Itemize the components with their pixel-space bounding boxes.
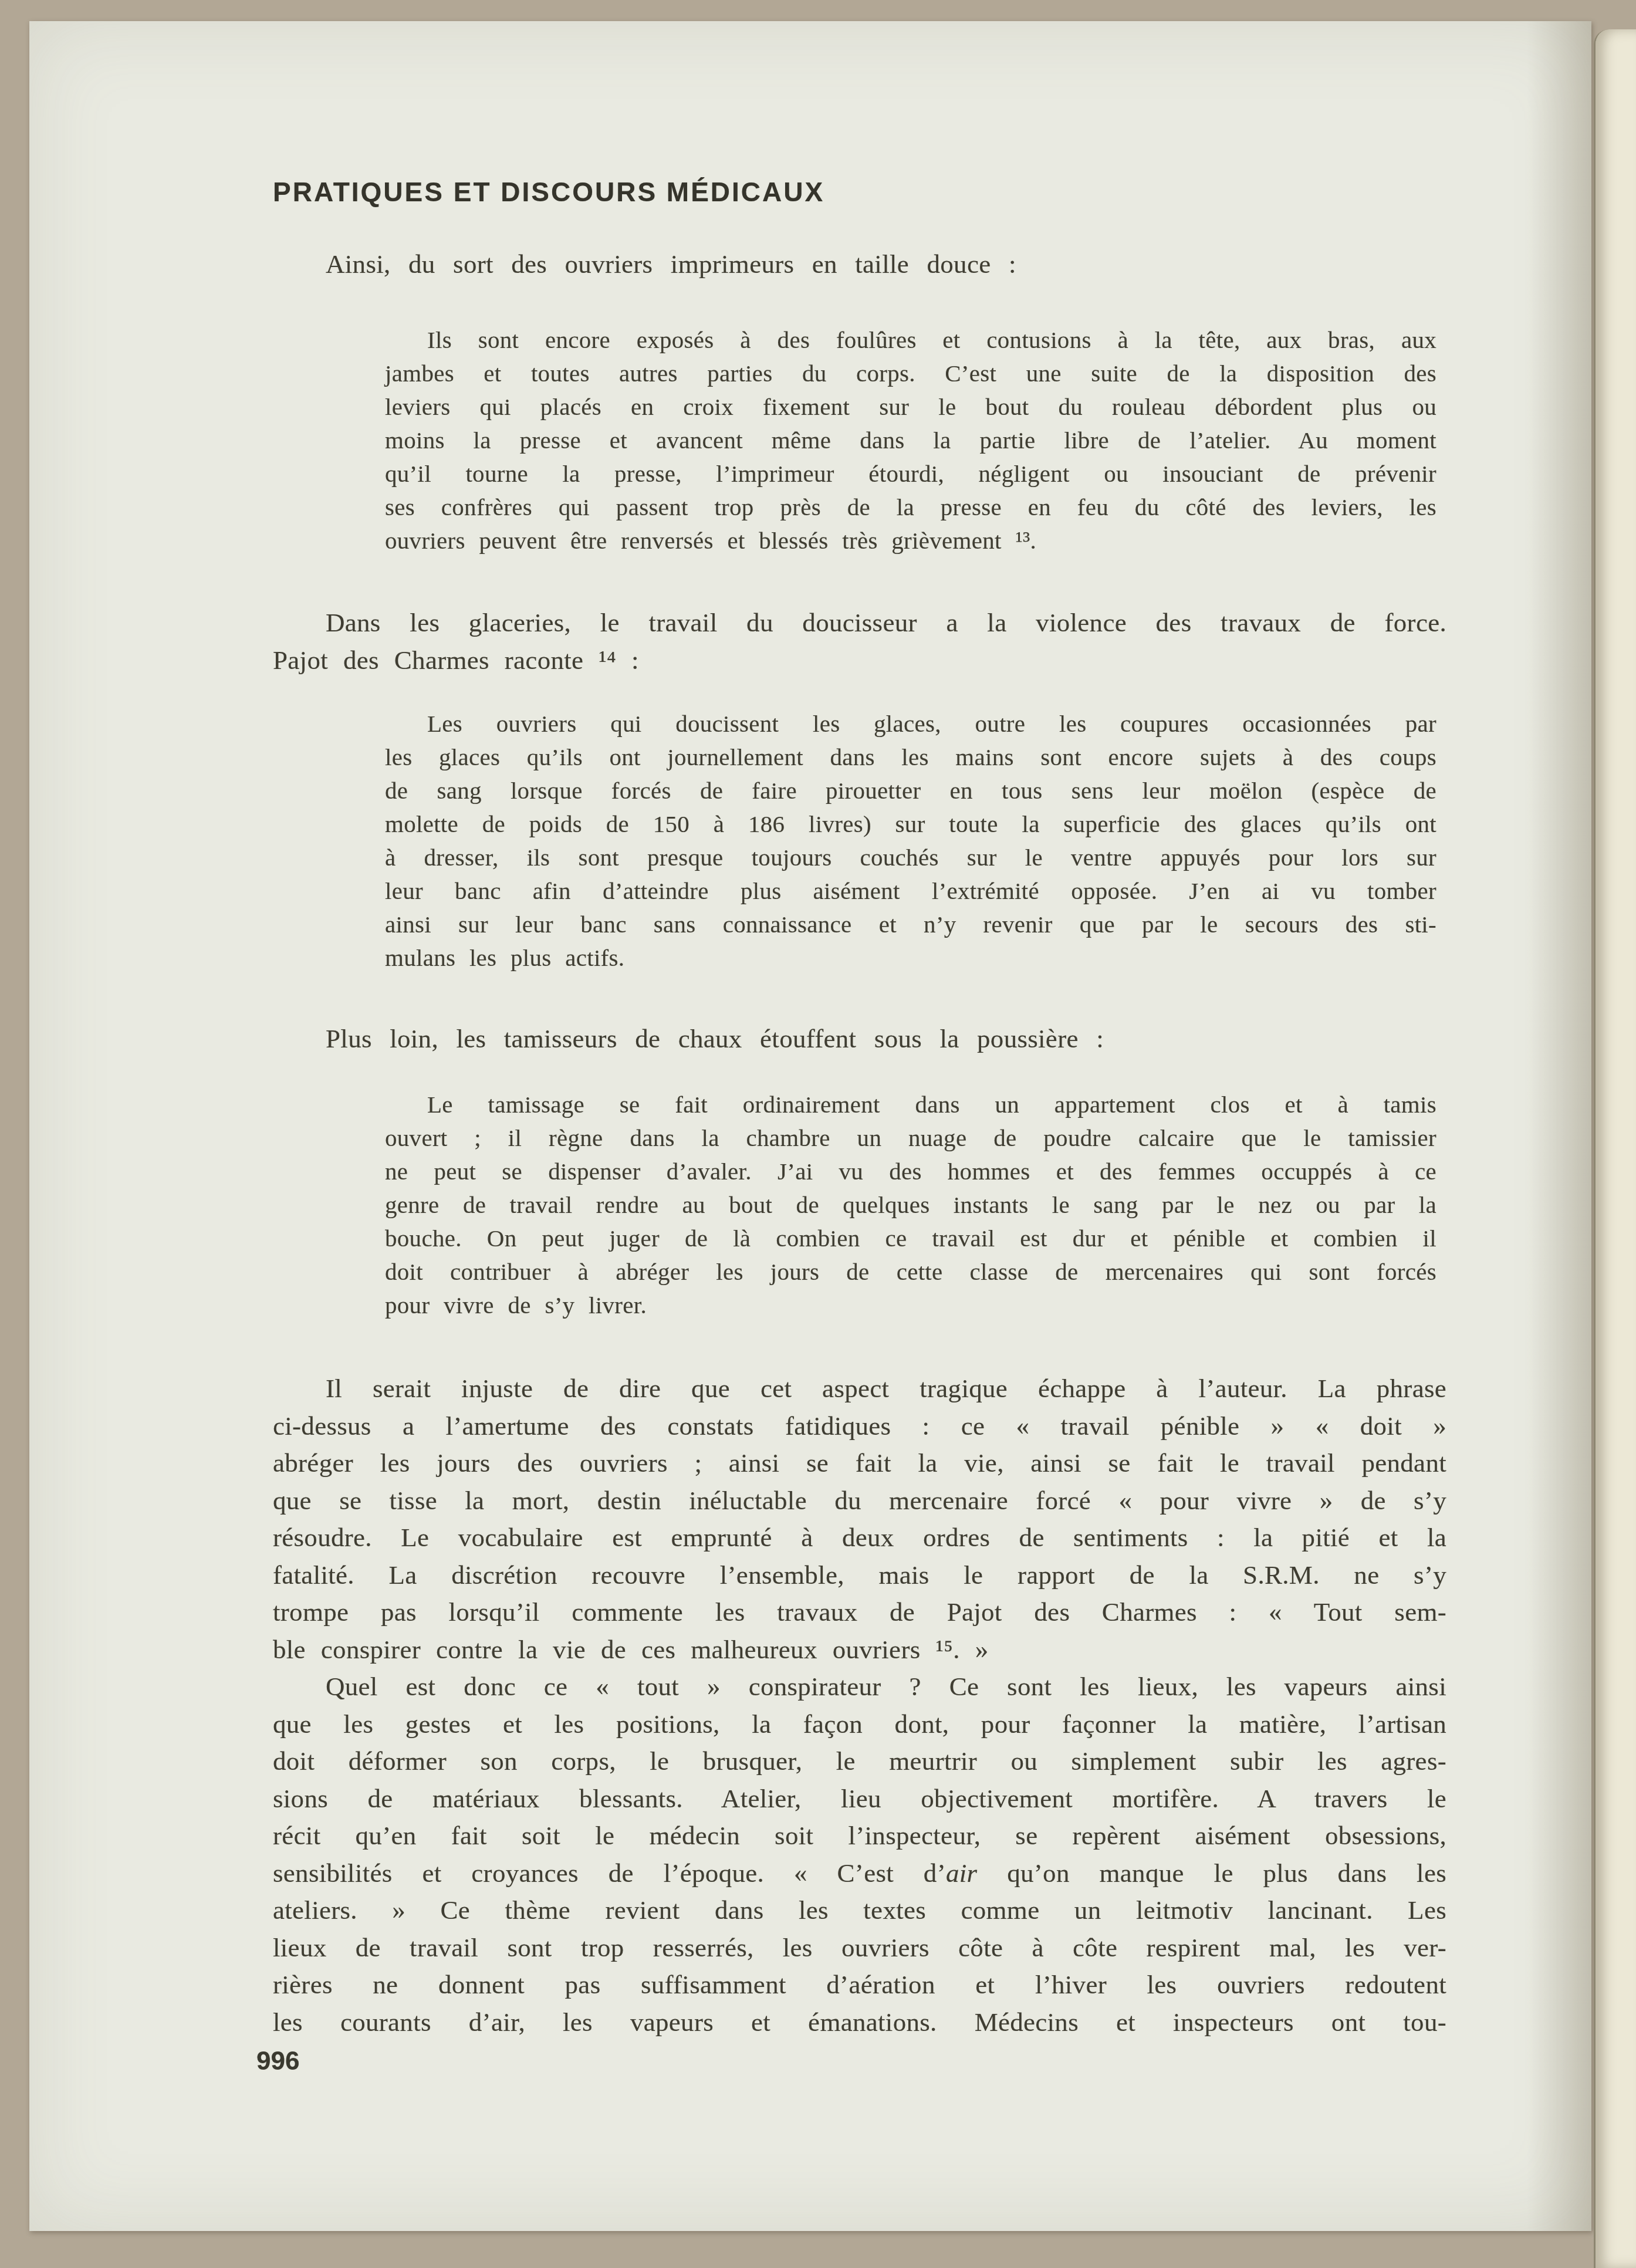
text-line: récit qu’en fait soit le médecin soit l’…: [273, 1817, 1446, 1855]
page-number: 996: [256, 2047, 299, 2076]
text-line: leviers qui placés en croix fixement sur…: [385, 390, 1436, 424]
text-line: que se tisse la mort, destin inéluctable…: [273, 1482, 1446, 1520]
text-line: doit déformer son corps, le brusquer, le…: [273, 1743, 1446, 1780]
paragraph-commentary-2: Quel est donc ce « tout » conspirateur ?…: [273, 1668, 1446, 2041]
text-line: résoudre. Le vocabulaire est emprunté à …: [273, 1519, 1446, 1557]
text-line: Les ouvriers qui doucissent les glaces, …: [385, 707, 1436, 741]
paragraph-glaceries: Dans les glaceries, le travail du doucis…: [273, 604, 1446, 679]
text-line: Le tamissage se fait ordinairement dans …: [385, 1088, 1436, 1121]
paragraph-intro-tamisseurs: Plus loin, les tamisseurs de chaux étouf…: [273, 1020, 1446, 1058]
text-line: ses confrères qui passent trop près de l…: [385, 491, 1436, 524]
text-line: Il serait injuste de dire que cet aspect…: [273, 1370, 1446, 1408]
gutter-shadow: [1527, 21, 1591, 2231]
text-line: que les gestes et les positions, la faço…: [273, 1706, 1446, 1743]
text-line: pour vivre de s’y livrer.: [385, 1289, 1436, 1322]
text-line: doit contribuer à abréger les jours de c…: [385, 1255, 1436, 1289]
text-line: Pajot des Charmes raconte ¹⁴ :: [273, 642, 1446, 680]
text-line: ouvert ; il règne dans la chambre un nua…: [385, 1121, 1436, 1155]
running-head: PRATIQUES ET DISCOURS MÉDICAUX: [273, 176, 824, 208]
text-line-with-italic: sensibilités et croyances de l’époque. «…: [273, 1855, 1446, 1892]
text-line: ne peut se dispenser d’avaler. J’ai vu d…: [385, 1155, 1436, 1188]
scanned-book-photo: { "page": { "header": "PRATIQUES ET DISC…: [0, 0, 1636, 2268]
paragraph-commentary-1: Il serait injuste de dire que cet aspect…: [273, 1370, 1446, 1668]
next-page-edge: [1594, 29, 1636, 2268]
text-line: jambes et toutes autres parties du corps…: [385, 357, 1436, 390]
text-line: lieux de travail sont trop resserrés, le…: [273, 1929, 1446, 1967]
text-line: sions de matériaux blessants. Atelier, l…: [273, 1780, 1446, 1818]
text-line: ouvriers peuvent être renversés et bless…: [385, 524, 1436, 557]
text-line: leur banc afin d’atteindre plus aisément…: [385, 874, 1436, 908]
blockquote-tamissage: Le tamissage se fait ordinairement dans …: [385, 1088, 1436, 1322]
italic-word-air: air: [946, 1858, 977, 1888]
line-suffix: qu’on manque le plus dans les: [977, 1858, 1446, 1888]
text-line: ci-dessus a l’amertume des constats fati…: [273, 1408, 1446, 1445]
text-line: ble conspirer contre la vie de ces malhe…: [273, 1631, 1446, 1669]
text-line: à dresser, ils sont presque toujours cou…: [385, 841, 1436, 874]
text-line: moins la presse et avancent même dans la…: [385, 424, 1436, 457]
text-line: Dans les glaceries, le travail du doucis…: [273, 604, 1446, 642]
line-prefix: sensibilités et croyances de l’époque. «…: [273, 1858, 946, 1888]
text-line: trompe pas lorsqu’il commente les travau…: [273, 1594, 1446, 1631]
text-line: genre de travail rendre au bout de quelq…: [385, 1188, 1436, 1222]
text-line: ateliers. » Ce thème revient dans les te…: [273, 1892, 1446, 1929]
text-line: de sang lorsque forcés de faire pirouett…: [385, 774, 1436, 807]
text-line: molette de poids de 150 à 186 livres) su…: [385, 807, 1436, 841]
text-line: abréger les jours des ouvriers ; ainsi s…: [273, 1445, 1446, 1482]
text-line: mulans les plus actifs.: [385, 941, 1436, 975]
paragraph-intro-taille-douce: Ainsi, du sort des ouvriers imprimeurs e…: [273, 246, 1446, 283]
text-line: qu’il tourne la presse, l’imprimeur étou…: [385, 457, 1436, 491]
text-line: ainsi sur leur banc sans connaissance et…: [385, 908, 1436, 941]
text-line: les glaces qu’ils ont journellement dans…: [385, 741, 1436, 774]
commentary-2-lines-b: ateliers. » Ce thème revient dans les te…: [273, 1892, 1446, 2041]
text-line: Quel est donc ce « tout » conspirateur ?…: [273, 1668, 1446, 1706]
text-line: rières ne donnent pas suffisamment d’aér…: [273, 1966, 1446, 2004]
blockquote-imprimeurs: Ils sont encore exposés à des foulûres e…: [385, 323, 1436, 557]
text-line: fatalité. La discrétion recouvre l’ensem…: [273, 1557, 1446, 1594]
blockquote-doucisseur: Les ouvriers qui doucissent les glaces, …: [385, 707, 1436, 975]
commentary-2-lines-a: Quel est donc ce « tout » conspirateur ?…: [273, 1668, 1446, 1855]
text-line: les courants d’air, les vapeurs et émana…: [273, 2004, 1446, 2041]
text-line: bouche. On peut juger de là combien ce t…: [385, 1222, 1436, 1255]
text-line: Ils sont encore exposés à des foulûres e…: [385, 323, 1436, 357]
